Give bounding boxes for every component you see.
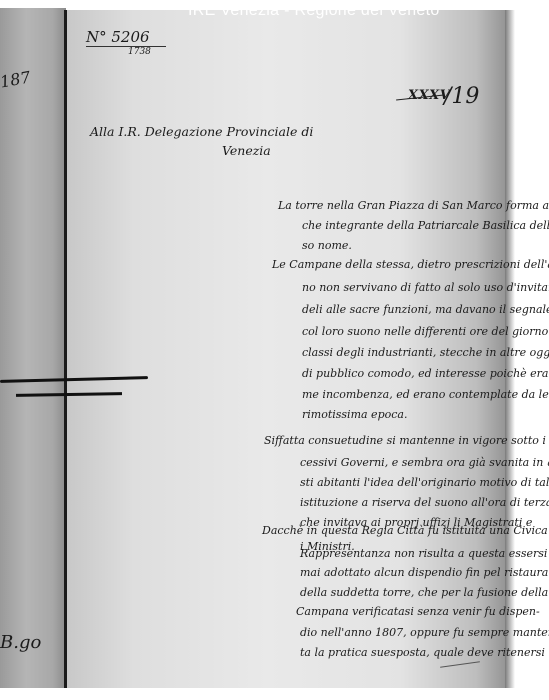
- addressee-line-2: Venezia: [222, 143, 271, 158]
- addressee-line-1: Alla I.R. Delegazione Provinciale di: [90, 124, 313, 139]
- body-line: mai adottato alcun dispendio fin pel ris…: [300, 566, 549, 579]
- body-line: istituzione a riserva del suono all'ora …: [300, 496, 549, 509]
- watermark: IRE Venezia - Regione del Veneto: [188, 2, 440, 20]
- body-line: no non servivano di fatto al solo uso d'…: [302, 281, 549, 294]
- body-line: cessivi Governi, e sembra ora già svanit…: [300, 456, 549, 469]
- body-line: so nome.: [302, 239, 352, 252]
- body-line: col loro suono nelle differenti ore del …: [302, 325, 549, 338]
- body-line: Le Campane della stessa, dietro prescriz…: [272, 258, 549, 271]
- body-line: classi degli industrianti, stecche in al…: [302, 346, 549, 359]
- body-line: della suddetta torre, che per la fusione…: [300, 586, 548, 599]
- left-page-signature: B.go: [0, 632, 41, 653]
- body-line: che integrante della Patriarcale Basilic…: [302, 219, 549, 232]
- body-line: di pubblico comodo, ed interesse poichè …: [302, 367, 549, 380]
- binding-line: [64, 10, 67, 688]
- body-line: La torre nella Gran Piazza di San Marco …: [278, 199, 549, 212]
- body-line: sti abitanti l'idea dell'originario moti…: [300, 476, 549, 489]
- protocol-underline: [86, 46, 166, 47]
- body-line: deli alle sacre funzioni, ma davano il s…: [302, 303, 549, 316]
- protocol-number: N° 5206: [86, 28, 150, 46]
- body-line: Siffatta consuetudine si mantenne in vig…: [264, 434, 549, 447]
- body-line: Dacchè in questa Regia Città fu istituit…: [262, 524, 548, 537]
- body-line: Rappresentanza non risulta a questa esse…: [300, 547, 549, 560]
- body-line: rimotissima epoca.: [302, 408, 407, 421]
- body-line: dio nell'anno 1807, oppure fu sempre man…: [300, 626, 549, 639]
- body-line: ta la pratica suesposta, quale deve rite…: [300, 646, 545, 659]
- classification-sub: /19: [444, 84, 479, 109]
- body-line: Campana verificatasi senza venir fu disp…: [296, 605, 540, 618]
- left-facing-page: [0, 8, 66, 688]
- protocol-year: 1738: [128, 47, 151, 57]
- body-line: me incombenza, ed erano contemplate da l…: [302, 388, 549, 401]
